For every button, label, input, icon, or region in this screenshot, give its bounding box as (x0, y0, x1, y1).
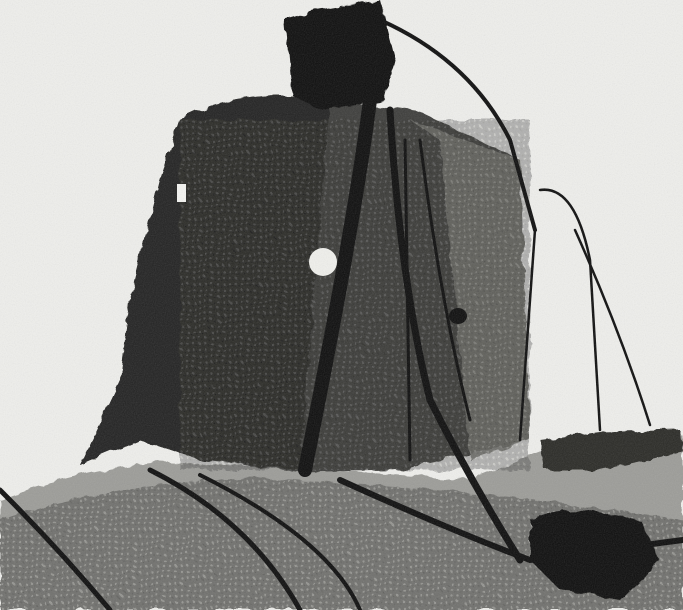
film-grain (0, 0, 683, 610)
photograph (0, 0, 683, 610)
